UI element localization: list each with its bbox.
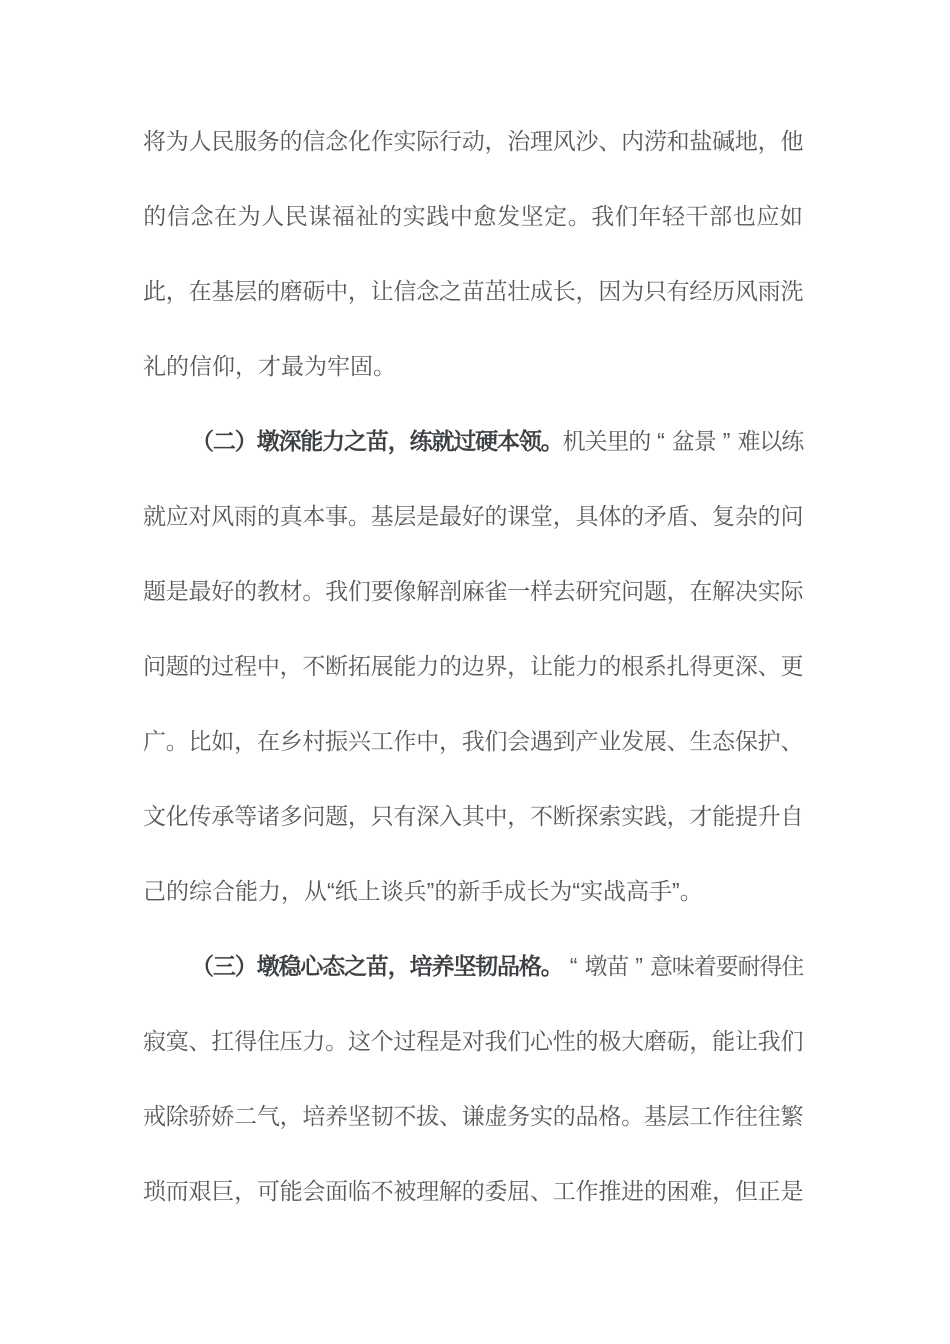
text-line: （三）墩稳心态之苗，培养坚韧品格。“墩苗”意味着要耐得住 — [143, 929, 803, 1004]
text-line: 己的综合能力，从“纸上谈兵”的新手成长为“实战高手”。 — [143, 854, 803, 929]
document-body: 将为人民服务的信念化作实际行动，治理风沙、内涝和盐碱地，他的信念在为人民谋福祉的… — [143, 104, 803, 1229]
text-line: 寂寞、扛得住压力。这个过程是对我们心性的极大磨砺，能让我们 — [143, 1004, 803, 1079]
text-line: 文化传承等诸多问题，只有深入其中，不断探索实践，才能提升自 — [143, 779, 803, 854]
document-page: 将为人民服务的信念化作实际行动，治理风沙、内涝和盐碱地，他的信念在为人民谋福祉的… — [0, 0, 950, 1344]
text-line: 戒除骄娇二气，培养坚韧不拔、谦虚务实的品格。基层工作往往繁 — [143, 1079, 803, 1154]
text-line: （二）墩深能力之苗，练就过硬本领。机关里的“盆景”难以练 — [143, 404, 803, 479]
text-line: 此，在基层的磨砺中，让信念之苗茁壮成长，因为只有经历风雨洗 — [143, 254, 803, 329]
text-line: 的信念在为人民谋福祉的实践中愈发坚定。我们年轻干部也应如 — [143, 179, 803, 254]
text-line: 礼的信仰，才最为牢固。 — [143, 329, 803, 404]
text-line: 题是最好的教材。我们要像解剖麻雀一样去研究问题，在解决实际 — [143, 554, 803, 629]
text-line: 就应对风雨的真本事。基层是最好的课堂，具体的矛盾、复杂的问 — [143, 479, 803, 554]
text-line: 琐而艰巨，可能会面临不被理解的委屈、工作推进的困难，但正是 — [143, 1154, 803, 1229]
text-line: 广。比如，在乡村振兴工作中，我们会遇到产业发展、生态保护、 — [143, 704, 803, 779]
text-line: 将为人民服务的信念化作实际行动，治理风沙、内涝和盐碱地，他 — [143, 104, 803, 179]
text-line: 问题的过程中，不断拓展能力的边界，让能力的根系扎得更深、更 — [143, 629, 803, 704]
